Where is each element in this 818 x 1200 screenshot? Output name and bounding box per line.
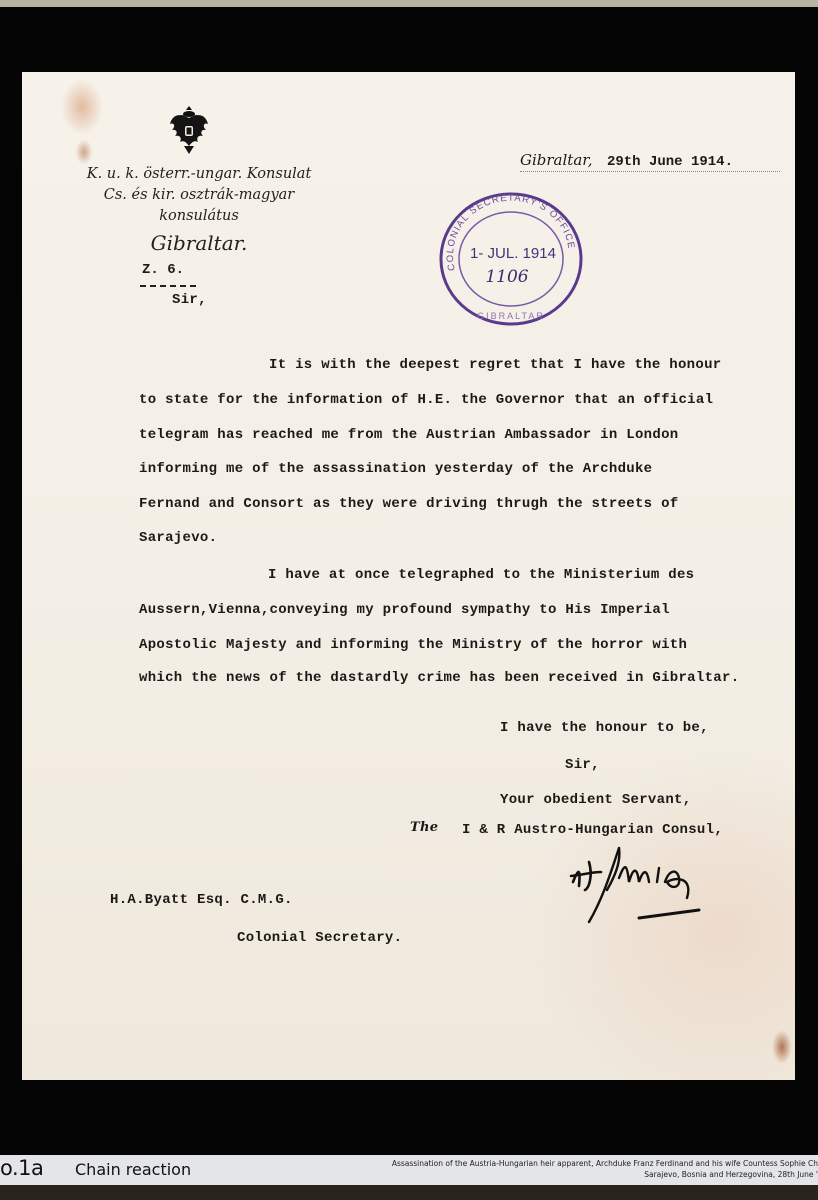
stamp-handwritten-number: 1106 bbox=[485, 267, 528, 287]
letterhead-hungarian: Cs. és kir. osztrák-magyar konsulátus bbox=[64, 185, 334, 227]
body-line-6: Sarajevo. bbox=[139, 530, 217, 546]
body-line-8: Aussern,Vienna,conveying my profound sym… bbox=[139, 602, 670, 618]
double-headed-eagle-crest-icon bbox=[168, 102, 210, 158]
dateline-place: Gibraltar, bbox=[520, 151, 593, 169]
reference-number: Z. 6. bbox=[142, 262, 184, 278]
body-line-3: telegram has reached me from the Austria… bbox=[139, 427, 678, 443]
body-line-2: to state for the information of H.E. the… bbox=[139, 392, 713, 408]
body-line-7: I have at once telegraphed to the Minist… bbox=[268, 567, 694, 583]
body-line-1: It is with the deepest regret that I hav… bbox=[269, 357, 721, 373]
letterhead-city: Gibraltar. bbox=[64, 233, 334, 254]
stamp-bottom-text: GIBRALTAR bbox=[477, 311, 545, 321]
caption-number: o.1a bbox=[0, 1156, 43, 1180]
caption-description: Assassination of the Austria-Hungarian h… bbox=[392, 1158, 818, 1180]
letterhead-german: K. u. k. österr.-ungar. Konsulat bbox=[64, 164, 334, 185]
dateline: Gibraltar, 29th June 1914. bbox=[520, 151, 780, 172]
reference-underline bbox=[140, 285, 196, 287]
exhibit-caption-bar: o.1a Chain reaction Assassination of the… bbox=[0, 1155, 818, 1185]
body-line-4: informing me of the assassination yester… bbox=[139, 461, 652, 477]
closing-line-3: Your obedient Servant, bbox=[500, 792, 691, 808]
letter-paper: K. u. k. österr.-ungar. Konsulat Cs. és … bbox=[22, 72, 795, 1080]
body-line-5: Fernand and Consort as they were driving… bbox=[139, 496, 678, 512]
addressee-title: Colonial Secretary. bbox=[237, 930, 402, 946]
handwritten-signature-icon bbox=[567, 842, 717, 932]
letterhead: K. u. k. österr.-ungar. Konsulat Cs. és … bbox=[64, 164, 334, 254]
closing-line-1: I have the honour to be, bbox=[500, 720, 709, 736]
stamp-date: 1- JUL. 1914 bbox=[470, 245, 556, 262]
caption-description-line-2: Sarajevo, Bosnia and Herzegovina, 28th J… bbox=[392, 1169, 818, 1180]
caption-title: Chain reaction bbox=[75, 1160, 191, 1179]
bottom-wall-strip bbox=[0, 1185, 818, 1200]
caption-description-line-1: Assassination of the Austria-Hungarian h… bbox=[392, 1158, 818, 1169]
dateline-date: 29th June 1914. bbox=[607, 154, 733, 170]
closing-line-4: I & R Austro-Hungarian Consul, bbox=[462, 822, 723, 838]
closing-line-2: Sir, bbox=[565, 757, 600, 773]
closing-handwritten-prefix: The bbox=[410, 820, 438, 835]
addressee-name: H.A.Byatt Esq. C.M.G. bbox=[110, 892, 293, 908]
body-line-9: Apostolic Majesty and informing the Mini… bbox=[139, 637, 687, 653]
salutation: Sir, bbox=[172, 292, 207, 308]
colonial-secretary-office-stamp-icon: COLONIAL SECRETARY'S OFFICE GIBRALTAR 1-… bbox=[437, 190, 585, 328]
body-line-10: which the news of the dastardly crime ha… bbox=[139, 670, 739, 686]
top-wall-strip bbox=[0, 0, 818, 7]
